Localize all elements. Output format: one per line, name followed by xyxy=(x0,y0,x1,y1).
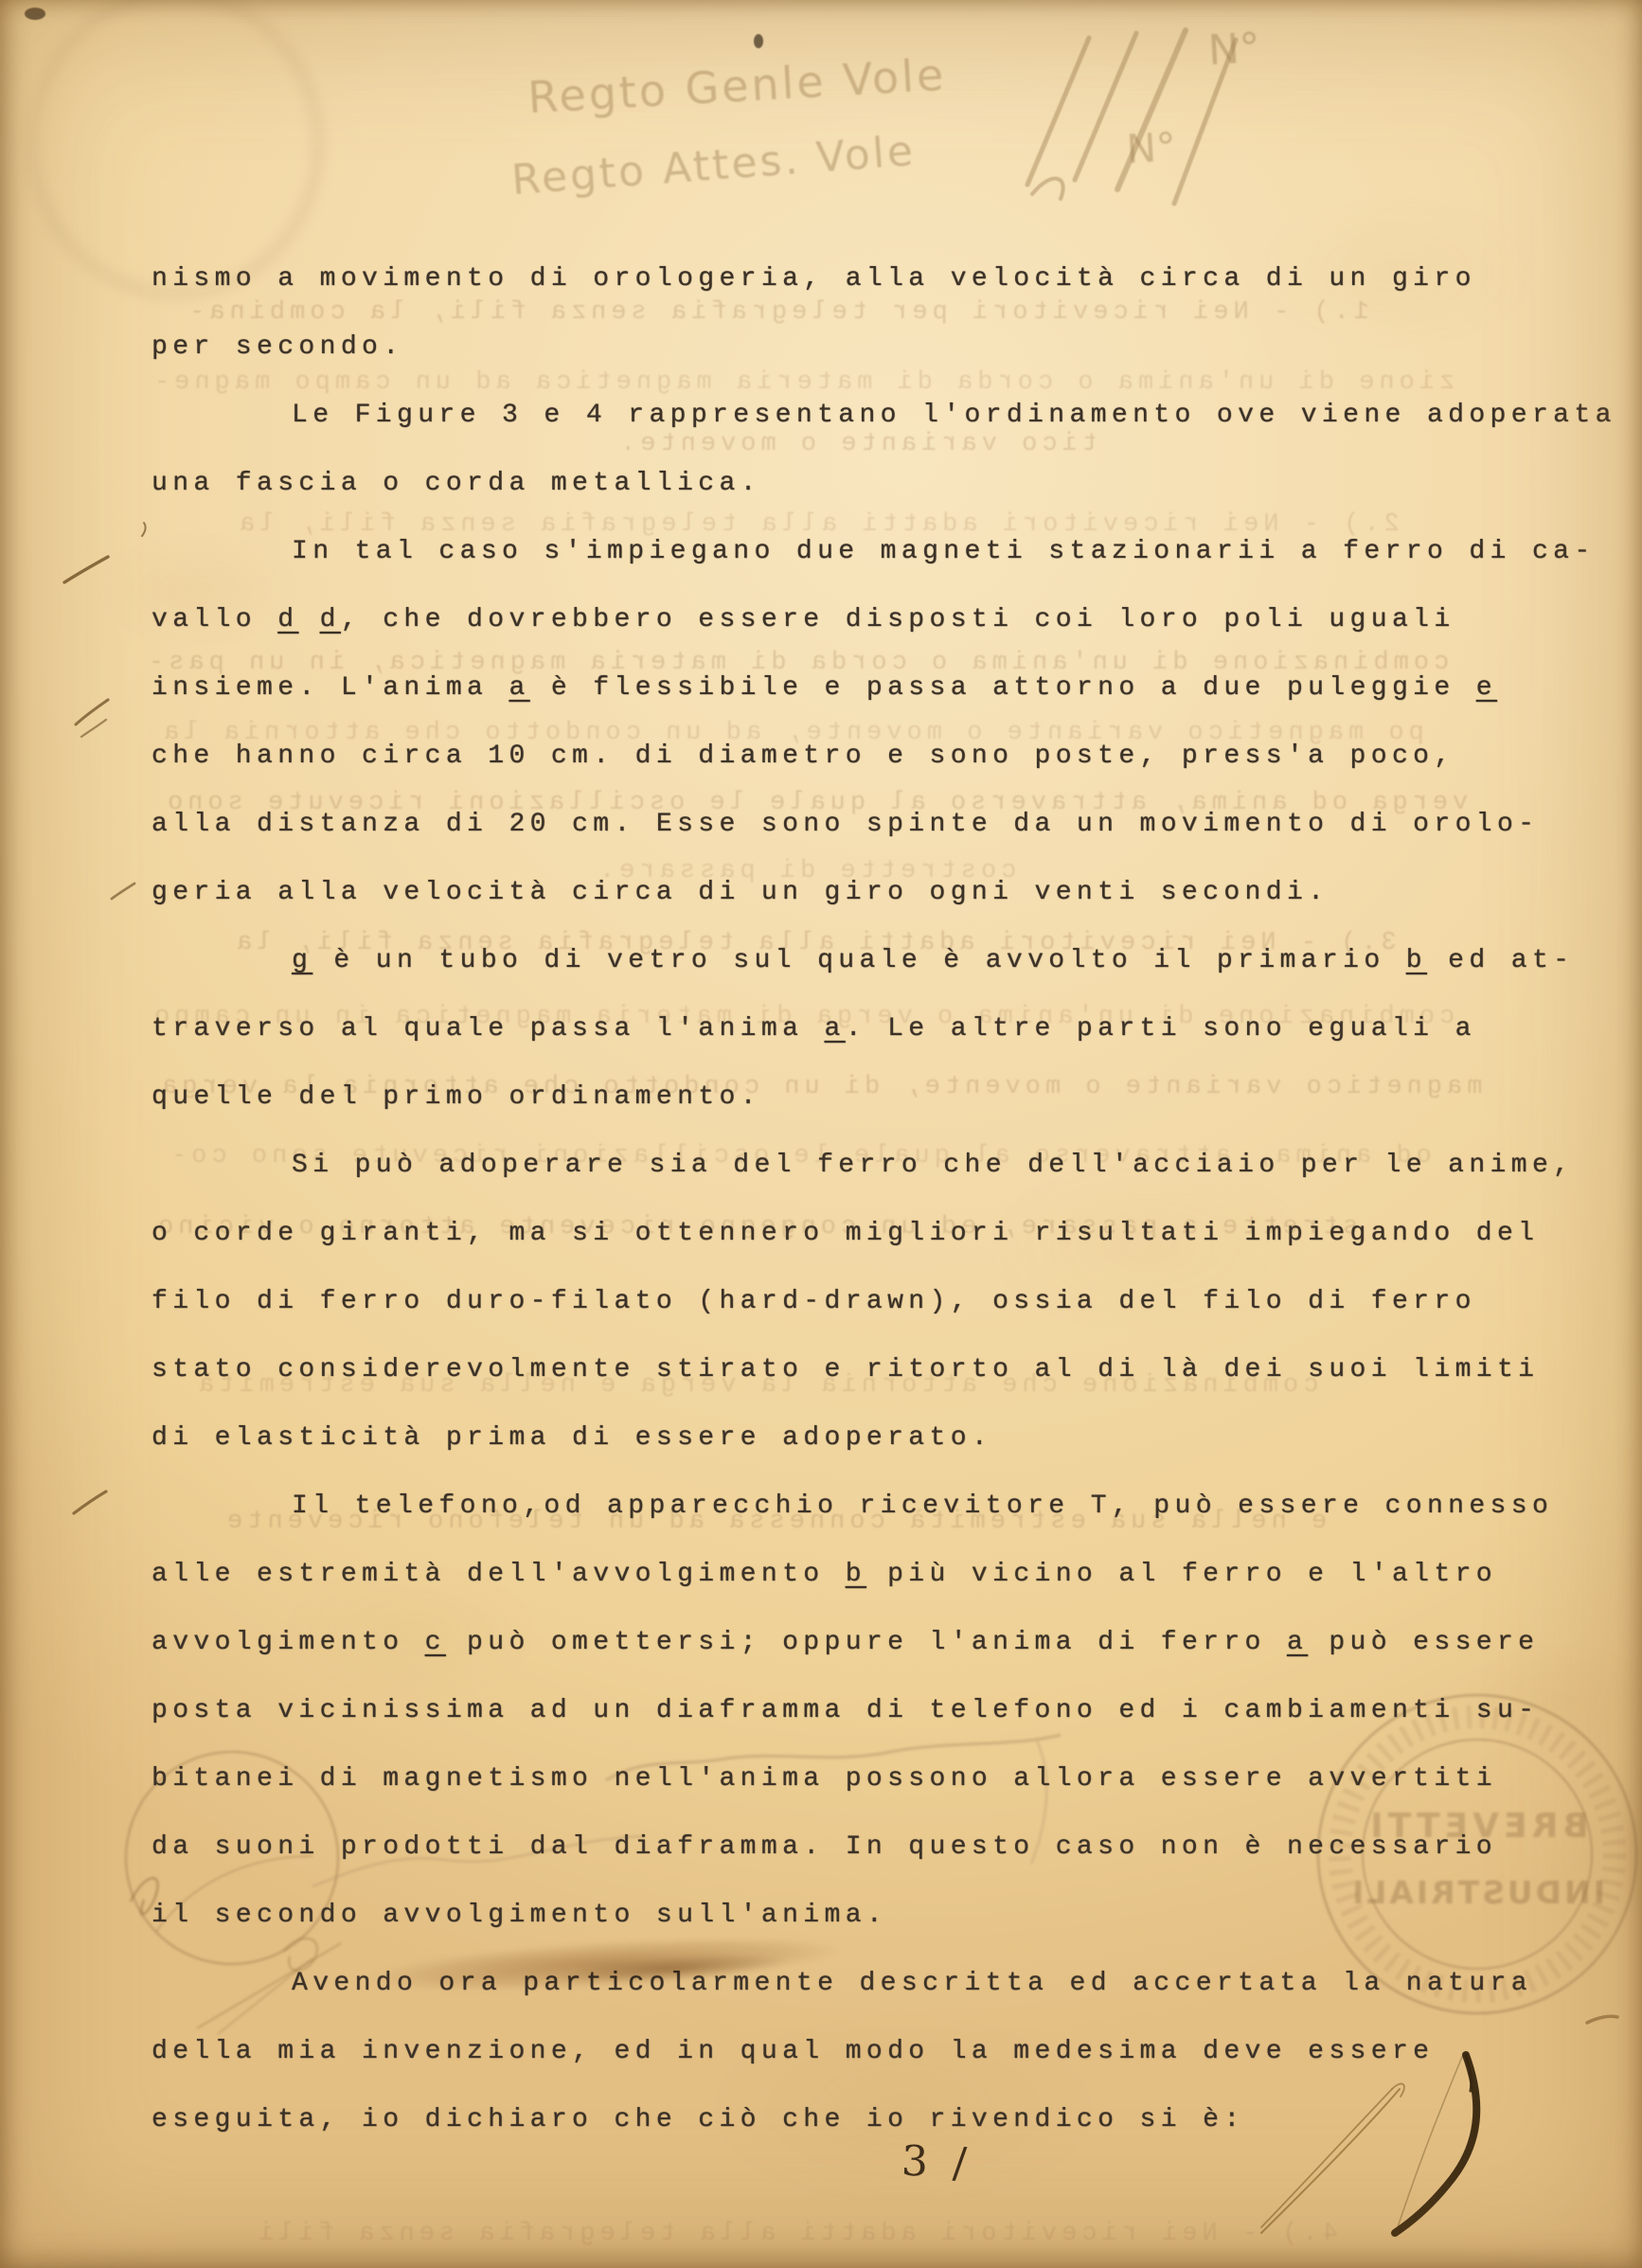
text-line: quelle del primo ordinamento. xyxy=(152,1081,761,1114)
text-line: avvolgimento c può omettersi; oppure l'a… xyxy=(152,1627,1539,1659)
margin-tick-mark xyxy=(74,1491,106,1513)
text-line: di elasticità prima di essere adoperato. xyxy=(152,1422,992,1455)
bleedthrough-line: 2.) - Nei ricevitori adatti alla telegra… xyxy=(235,510,1400,539)
text-line: traverso al quale passa l'anima a. Le al… xyxy=(152,1013,1476,1045)
flourish-dash xyxy=(1587,2016,1617,2023)
flourish-hairline xyxy=(1398,2057,1462,2227)
text-line: insieme. L'anima a è flessibile e passa … xyxy=(152,672,1497,705)
ink-speck xyxy=(754,34,763,48)
text-line: posta vicinissima ad un diaframma di tel… xyxy=(152,1695,1539,1727)
bleedthrough-line: 4.) - Nei ricevitori adatti alla telegra… xyxy=(254,2220,1338,2248)
text-line: una fascia o corda metallica. xyxy=(152,468,761,500)
text-line: che hanno circa 10 cm. di diametro e son… xyxy=(152,741,1455,773)
text-line: da suoni prodotti dal diaframma. In ques… xyxy=(152,1831,1497,1864)
text-line: eseguita, io dichiaro che ciò che io riv… xyxy=(152,2104,1245,2136)
registry-stamp-line1: Regto Genle Vole xyxy=(527,49,947,124)
margin-tick-mark xyxy=(76,700,108,724)
bleedthrough-line: tico variante o movente. xyxy=(616,430,1098,458)
ink-speck xyxy=(25,8,45,20)
text-line: alla distanza di 20 cm. Esse sono spinte… xyxy=(152,809,1539,841)
margin-tick-mark xyxy=(81,720,106,737)
text-line: nismo a movimento di orologeria, alla ve… xyxy=(152,263,1476,295)
text-line: Avendo ora particolarmente descritta ed … xyxy=(292,1968,1532,2000)
text-line: stato considerevolmente stirato e ritort… xyxy=(152,1354,1539,1386)
text-line: bitanei di magnetismo nell'anima possono… xyxy=(152,1763,1497,1795)
embossed-seal xyxy=(25,0,326,301)
registry-stamp-line2: Regto Attes. Vole xyxy=(510,127,918,205)
text-line: filo di ferro duro-filato (hard-drawn), … xyxy=(152,1286,1476,1318)
text-line: g è un tubo di vetro sul quale è avvolto… xyxy=(292,945,1574,977)
stamp-word-2: INDUSTRIALI xyxy=(1349,1874,1605,1911)
pen-scribble xyxy=(284,1938,317,1971)
registry-stamp-number1: N° xyxy=(1206,24,1261,75)
text-line: In tal caso s'impiegano due magneti staz… xyxy=(292,536,1596,568)
text-line: alle estremità dell'avvolgimento b più v… xyxy=(152,1559,1497,1591)
text-line: Le Figure 3 e 4 rappresentano l'ordiname… xyxy=(292,400,1616,432)
margin-tick-mark xyxy=(142,523,146,536)
flourish-thin-stroke xyxy=(1392,2083,1404,2097)
registry-stamp: Regto Genle Vole N° Regto Attes. Vole N° xyxy=(488,13,1396,243)
text-line: vallo d d, che dovrebbero essere dispost… xyxy=(152,604,1455,636)
text-line: Il telefono,od apparecchio ricevitore T,… xyxy=(292,1491,1553,1523)
margin-tick-mark xyxy=(112,884,134,899)
document-page: Regto Genle Vole N° Regto Attes. Vole N°… xyxy=(0,0,1642,2268)
flourish-thin-stroke xyxy=(1261,2089,1392,2227)
page-number: 3 / xyxy=(901,2137,973,2188)
text-line: per secondo. xyxy=(152,331,403,364)
margin-tick-mark xyxy=(64,557,108,582)
flourish-thin-stroke xyxy=(1261,2089,1400,2233)
text-line: geria alla velocità circa di un giro ogn… xyxy=(152,877,1329,909)
text-line: o corde giranti, ma si ottennero miglior… xyxy=(152,1218,1539,1250)
text-line: il secondo avvolgimento sull'anima. xyxy=(152,1900,887,1932)
bleedthrough-line: zione di un'anima o corda di materia mag… xyxy=(150,368,1455,397)
registry-stamp-number2: N° xyxy=(1125,123,1177,172)
text-line: Si può adoperare sia del ferro che dell'… xyxy=(292,1150,1574,1182)
text-line: della mia invenzione, ed in qual modo la… xyxy=(152,2036,1434,2068)
flourish-thick-stroke xyxy=(1466,2055,1472,2091)
bleedthrough-line: 1.) - Nei ricevitori per telegrafia senz… xyxy=(185,298,1369,327)
flourish-thick-stroke xyxy=(1395,2055,1476,2233)
